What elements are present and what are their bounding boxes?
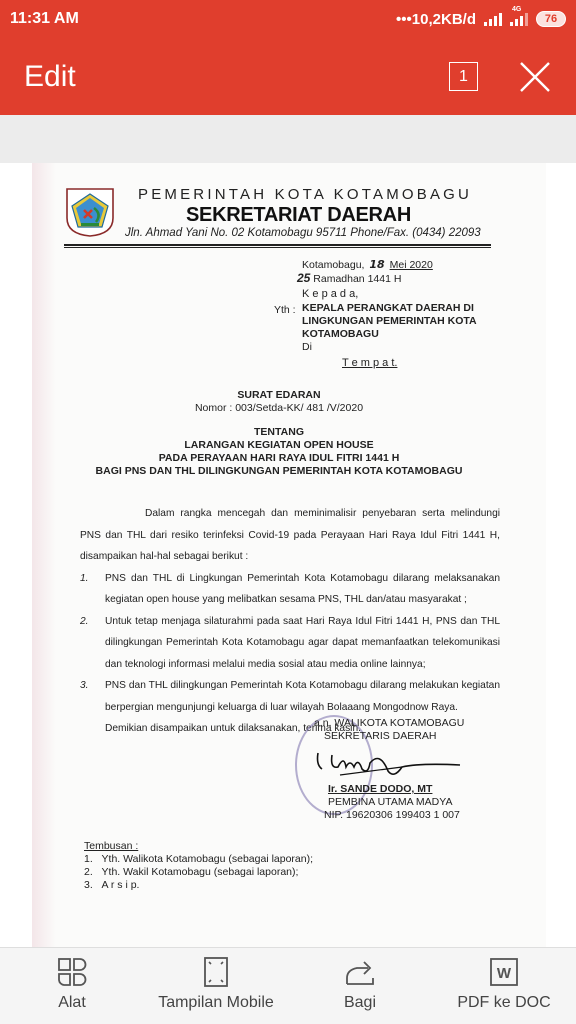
recipient-kepada: K e p a d a, <box>302 288 358 300</box>
hijri-date: 25 Ramadhan 1441 H <box>297 271 401 285</box>
pdf-viewer-app: 11:31 AM •••10,2KB/d 4G 76 Edit 1 <box>0 0 576 1024</box>
letterhead-rule <box>64 244 491 246</box>
signature-title: SEKRETARIS DAERAH <box>324 730 436 742</box>
signature-an: a.n. WALIKOTA KOTAMOBAGU <box>314 717 464 729</box>
list-item: 2. Untuk tetap menjaga silaturahmi pada … <box>80 611 500 676</box>
svg-text:W: W <box>497 965 512 982</box>
signature-icon <box>310 745 470 785</box>
status-indicators: •••10,2KB/d 4G 76 <box>396 11 566 28</box>
bottom-toolbar: Alat Tampilan Mobile Bagi W PDF ke DOC <box>0 947 576 1024</box>
letterhead-government: PEMERINTAH KOTA KOTAMOBAGU <box>138 186 472 203</box>
tembusan-item: 3. A r s i p. <box>84 879 139 891</box>
signatory-rank: PEMBINA UTAMA MADYA <box>328 796 452 808</box>
page-count-button[interactable]: 1 <box>449 62 478 91</box>
share-icon <box>344 956 376 988</box>
document-viewer[interactable]: PEMERINTAH KOTA KOTAMOBAGU SEKRETARIAT D… <box>0 115 576 947</box>
letter-body: Dalam rangka mencegah dan meminimalisir … <box>80 503 500 740</box>
document-page: PEMERINTAH KOTA KOTAMOBAGU SEKRETARIAT D… <box>32 163 546 947</box>
list-item: 1. PNS dan THL di Lingkungan Pemerintah … <box>80 568 500 611</box>
signal-icon <box>484 13 502 26</box>
tools-grid-icon <box>56 956 88 988</box>
recipient-yth: Yth : <box>274 304 296 316</box>
intro-paragraph: Dalam rangka mencegah dan meminimalisir … <box>80 503 500 568</box>
subject-line1: LARANGAN KEGIATAN OPEN HOUSE <box>32 439 546 451</box>
mobile-view-icon <box>200 956 232 988</box>
close-icon[interactable] <box>518 60 552 94</box>
city-emblem-icon <box>64 186 116 238</box>
tentang-label: TENTANG <box>32 426 546 438</box>
mobile-view-button[interactable]: Tampilan Mobile <box>146 956 286 1012</box>
letter-date: Kotamobagu, 18 Mei 2020 <box>302 258 433 271</box>
recipient-tempat: T e m p a t. <box>342 357 397 369</box>
recipient-line1: KEPALA PERANGKAT DAERAH DI <box>302 302 474 314</box>
letterhead-address: Jln. Ahmad Yani No. 02 Kotamobagu 95711 … <box>125 227 481 239</box>
app-title: Edit <box>24 60 76 94</box>
letter-type: SURAT EDARAN <box>32 389 546 401</box>
subject-line3: BAGI PNS DAN THL DILINGKUNGAN PEMERINTAH… <box>32 465 546 477</box>
letter-number: Nomor : 003/Setda-KK/ 481 /V/2020 <box>32 402 546 414</box>
recipient-di: Di <box>302 341 312 353</box>
app-bar: Edit 1 <box>0 38 576 115</box>
status-speed: •••10,2KB/d <box>396 11 476 28</box>
signal-4g-icon: 4G <box>510 13 528 26</box>
recipient-line2: LINGKUNGAN PEMERINTAH KOTA <box>302 315 477 327</box>
page-gap <box>0 115 576 163</box>
pdf-to-doc-button[interactable]: W PDF ke DOC <box>448 956 560 1012</box>
tembusan-item: 2. Yth. Wakil Kotamobagu (sebagai lapora… <box>84 866 298 878</box>
tembusan-item: 1. Yth. Walikota Kotamobagu (sebagai lap… <box>84 853 313 865</box>
battery-icon: 76 <box>536 11 566 27</box>
tools-button[interactable]: Alat <box>40 956 104 1012</box>
tembusan-label: Tembusan : <box>84 840 138 852</box>
share-button[interactable]: Bagi <box>328 956 392 1012</box>
signatory-nip: NIP. 19620306 199403 1 007 <box>324 809 460 821</box>
signatory-name: Ir. SANDE DODO, MT <box>328 783 432 795</box>
word-doc-icon: W <box>488 956 520 988</box>
list-item: 3. PNS dan THL dilingkungan Pemerintah K… <box>80 675 500 718</box>
status-bar: 11:31 AM •••10,2KB/d 4G 76 <box>0 0 576 38</box>
letterhead-office: SEKRETARIAT DAERAH <box>186 204 411 227</box>
status-time: 11:31 AM <box>10 10 79 28</box>
handwritten-day: 18 <box>369 258 384 271</box>
subject-line2: PADA PERAYAAN HARI RAYA IDUL FITRI 1441 … <box>32 452 546 464</box>
recipient-line3: KOTAMOBAGU <box>302 328 379 340</box>
top-bar: 11:31 AM •••10,2KB/d 4G 76 Edit 1 <box>0 0 576 115</box>
